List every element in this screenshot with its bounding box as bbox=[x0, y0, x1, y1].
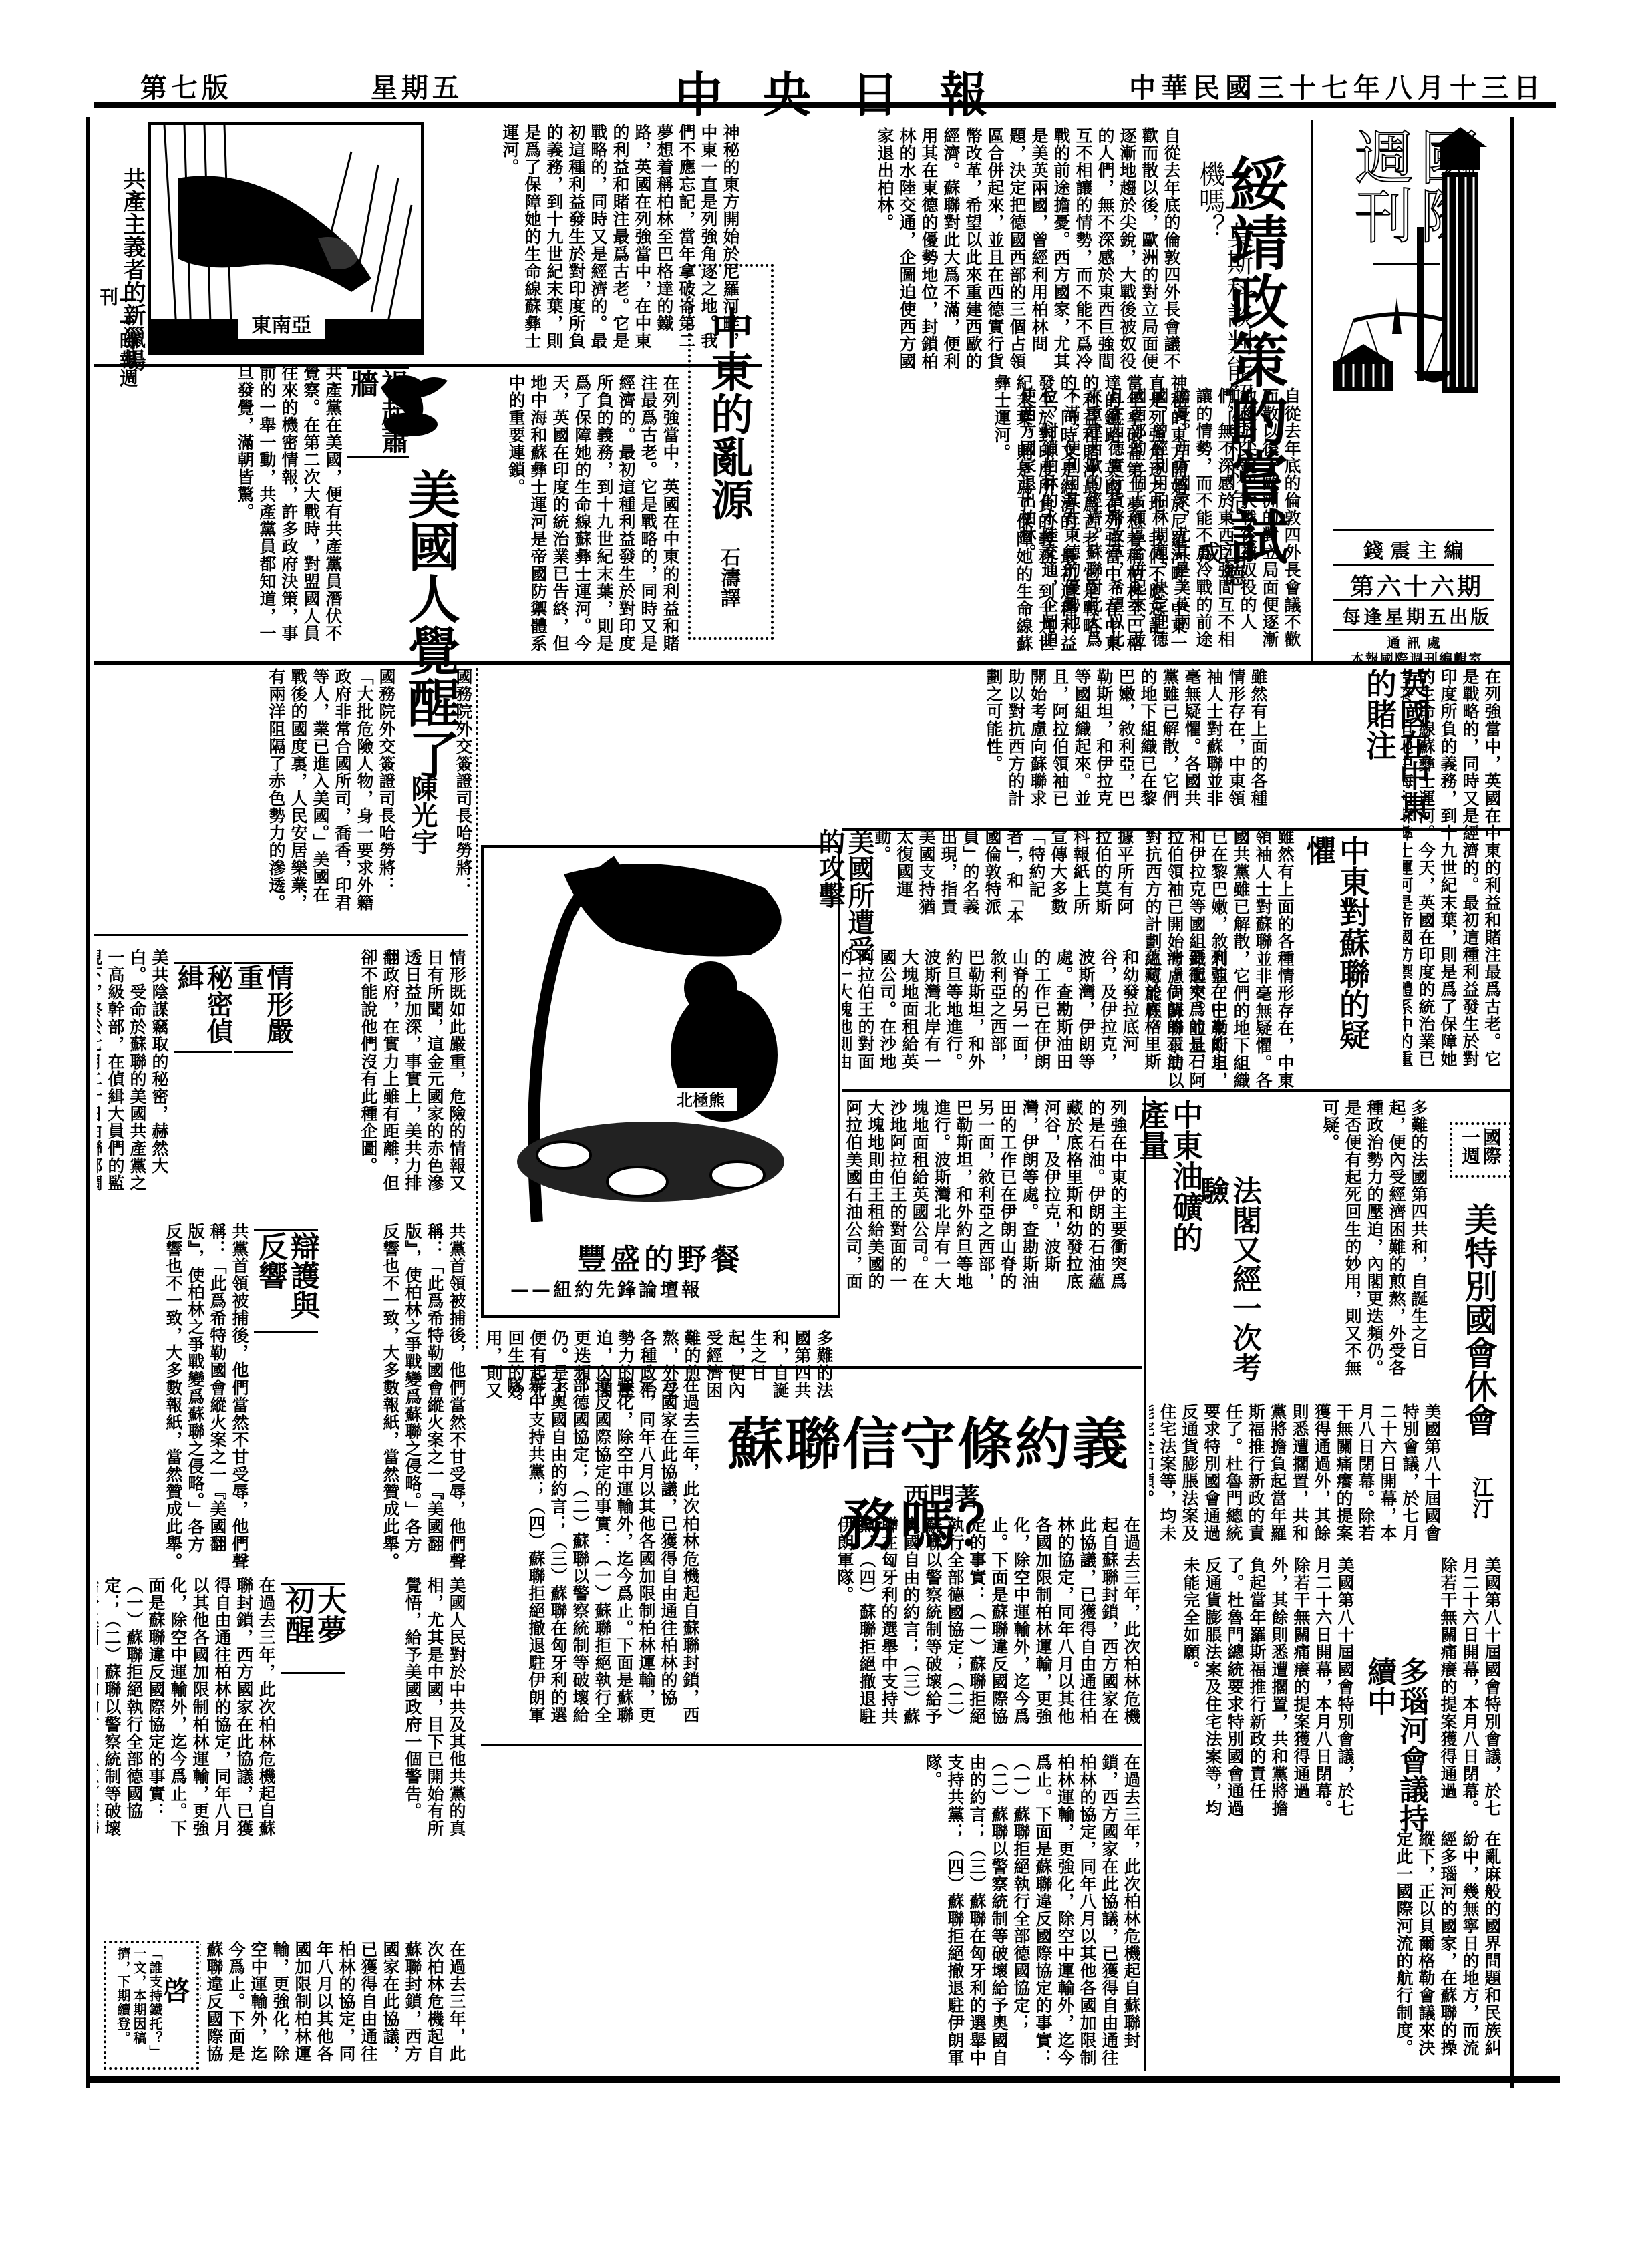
column-divider bbox=[1144, 1096, 1146, 2071]
editor-notice-box: 啓 「誰支持鐵托？」一文，本期因稿擠，下期續登。 bbox=[104, 1941, 199, 2070]
footer-rule bbox=[90, 2076, 1560, 2083]
article-body-americans-awake-intro: 國務院外交簽證司長哈勞將：「大批危險人物，身一要求外籍政府非常合國所司，喬香，印… bbox=[454, 668, 474, 909]
article-body-us-congress-2: 美國第八十屆國會特別會議，於七月二十六日開幕，本月八日閉幕。除若干無關痛癢的提案… bbox=[1436, 1557, 1503, 1824]
notice-text: 「誰支持鐵托？」一文，本期因稿擠，下期續登。 bbox=[113, 1947, 163, 2054]
header-rule bbox=[94, 102, 1556, 108]
author-americans-awake: 陳光宇 bbox=[407, 775, 437, 888]
article-body-appeasement-1: 自從去年底的倫敦四外長會議不歡而散以後，歐洲的對立局面便逐漸地趨於尖銳，大戰後被… bbox=[755, 127, 1182, 374]
article-body-situation: 情形既如此嚴重，危險的情報又日有所聞，這金元國家的赤色滲透日益加深，事實上，美共… bbox=[267, 949, 468, 1202]
subhead-calamity: 禍起蕭牆 bbox=[347, 367, 409, 458]
cartoon-source-picnic: ——紐約先鋒論壇報 bbox=[510, 1275, 818, 1302]
article-body-americans-awake: 國務院外交簽證司長哈勞將：「大批危險人物，身一要求外籍政府非常合國所司，喬香，印… bbox=[97, 668, 397, 915]
article-body-awakening: 美國人民對於中共及其他共黨的真相，尤其是中國，目下已開始有所覺悟，給予美國政府一… bbox=[314, 1577, 468, 1844]
divider bbox=[842, 828, 1510, 831]
notice-label: 啓 bbox=[160, 1977, 189, 2010]
article-body-uk-stake: 在列強當中，英國在中東的利益和賭注最爲古老。它是戰略的，同時又是經濟的。最初這種… bbox=[1403, 668, 1503, 1082]
editor-credit: 錢震主編 bbox=[1340, 534, 1494, 564]
article-body-espionage: 美共陰謀竊取的秘密，赫然大白。受命於蘇聯的美國共產黨之一高級幹部，在偵緝大員們的… bbox=[97, 949, 170, 1202]
author-soviet-treaty: 西門著 bbox=[855, 1476, 1029, 1513]
article-body-tail: 在過去三年，此次柏林危機起自蘇聯封鎖，西方國家在此協議，已獲得自由通往柏林的協定… bbox=[200, 1941, 468, 2068]
page-number: 第七版 bbox=[140, 67, 232, 105]
box-label: 國際一週 bbox=[1459, 1128, 1502, 1172]
subhead-fear-of-soviet: 中東對蘇聯的疑懼 bbox=[1303, 835, 1369, 1056]
article-body-us-congress: 美國第八十屆國會特別會議，於七月二十六日開幕，本月八日閉幕。除若干無關痛癢的提案… bbox=[1149, 1403, 1443, 1557]
issue-date: 中華民國三十七年八月十三日 bbox=[1129, 67, 1546, 105]
article-body-awakening-2: 在過去三年，此次柏林危機起自蘇聯封鎖，西方國家在此協議，已獲得自由通往柏林的協定… bbox=[97, 1577, 277, 1844]
headline-us-congress: 美特別國會休會 bbox=[1460, 1202, 1497, 1463]
decorative-border bbox=[476, 668, 481, 1349]
article-body-calamity: 共產黨在美國，便有共產黨員潛伏不覺察。在第二次大戰時，對盟國人員往來的機密情報，… bbox=[97, 364, 344, 658]
publish-schedule: 每逢星期五出版 bbox=[1340, 603, 1494, 629]
cartoon-picnic: 北極熊 豐盛的野餐 ——紐約先鋒論壇報 bbox=[481, 845, 840, 1318]
author-us-congress: 江汀 bbox=[1470, 1476, 1494, 1536]
weekly-masthead: 國際週刊 錢震主編 第六十六期 每逢星期五出版 通訊處 本報國際週刊編輯室 bbox=[1311, 120, 1510, 661]
tiger-in-grass-icon: 東南亞 bbox=[151, 125, 421, 352]
divider bbox=[94, 661, 1510, 665]
article-body-defense: 共黨首領被捕後，他們當然不甘受辱，他們聲稱：「此爲希特勒國會縱火案之一『美國翻版… bbox=[294, 1223, 468, 1570]
subhead-danube: 多瑙河會議持續中 bbox=[1363, 1657, 1427, 1857]
subhead-oil-output: 中東油礦的產量 bbox=[1136, 1099, 1202, 1273]
article-body-soviet-treaty-0: 在過去三年，此次柏林危機起自蘇聯封鎖，西方國家在此協議，已獲得自由通往柏林的協定… bbox=[481, 1376, 701, 1737]
article-body-france: 多難的法國第四共和，自誕生之日起，便內受經濟困難的煎熬，外受各種政治勢力的壓迫，… bbox=[1229, 1099, 1430, 1380]
issue-number: 第六十六期 bbox=[1340, 568, 1494, 602]
headline-middle-east: 中東的亂源 bbox=[704, 307, 752, 520]
image-label: 東南亞 bbox=[251, 314, 311, 337]
article-body-oil-2: 列強在中東的主要衝突爲的是石油。伊朗的石油蘊藏於底格里斯和幼發拉底河谷，及伊拉克… bbox=[842, 1099, 1129, 1293]
image-label-bear: 北極熊 bbox=[677, 1091, 725, 1110]
article-body-soviet-treaty-2: 在過去三年，此次柏林危機起自蘇聯封鎖，西方國家在此協議，已獲得自由通往柏林的協定… bbox=[481, 1754, 1142, 2068]
article-body-danube: 在亂麻般的國界問題和民族糾紛中，幾無寧日的地方，而流經多瑙河的國家，在蘇聯的操縱… bbox=[1149, 1830, 1503, 2071]
divider bbox=[481, 1744, 1142, 1746]
article-body-fear: 雖然有上面的各種情形存在，中東領袖人士對蘇聯並非毫無疑懼。各國共黨雖已解散，它們… bbox=[481, 668, 1269, 822]
cartoon-caption-picnic: 豐盛的野餐 bbox=[484, 1235, 838, 1278]
divider bbox=[481, 1366, 1142, 1369]
article-body-us-attacked: 據平所有阿拉伯的莫斯科報紙上所宣傳大多數「特約記者」，和「本國倫敦特派員」的名義… bbox=[842, 828, 1136, 929]
article-body-middle-east-2: 在列強當中，英國在中東的利益和賭注最爲古老。它是戰略的，同時又是經濟的。最初這種… bbox=[481, 374, 681, 655]
weekly-international-box: 國際一週 bbox=[1450, 1122, 1512, 1178]
article-body-us-congress-3: 美國第八十屆國會特別會議，於七月二十六日開幕，本月八日閉幕。除若干無關痛癢的提案… bbox=[1149, 1557, 1356, 1824]
article-body-defense-2: 共黨首領被捕後，他們當然不甘受辱，他們聲稱：「此爲希特勒國會縱火案之一『美國翻版… bbox=[97, 1223, 251, 1570]
subhead-espionage: 秘密偵緝 bbox=[174, 962, 232, 1053]
bear-picnic-icon: 北極熊 bbox=[484, 848, 838, 1222]
cartoon-hunting-ground: 東南亞 bbox=[148, 122, 424, 355]
article-body-oil: 列強在中東的主要衝突爲的是石油。伊朗的石油蘊藏於底格里斯和幼發拉底河谷，及伊拉克… bbox=[842, 949, 1229, 1082]
left-border bbox=[86, 117, 90, 2088]
middle-east-title-box: 中東的亂源 石濤譯 bbox=[688, 264, 774, 640]
divider bbox=[94, 934, 468, 936]
article-body-middle-east: 神秘的東方開始於尼羅河畔，中東一直是列強角逐之地。我們不應忘記，當年拿破崙第二夢… bbox=[775, 374, 1189, 655]
column-scales-icon bbox=[1327, 120, 1507, 401]
author-middle-east: 石濤譯 bbox=[717, 547, 739, 627]
divider bbox=[842, 1089, 1510, 1092]
weekday: 星期五 bbox=[371, 67, 463, 105]
newspaper-title: 中央日報 bbox=[675, 56, 1027, 126]
article-body-soviet-treaty-1: 在過去三年，此次柏林危機起自蘇聯封鎖，西方國家在此協議，已獲得自由通往柏林的協定… bbox=[708, 1516, 1142, 1737]
